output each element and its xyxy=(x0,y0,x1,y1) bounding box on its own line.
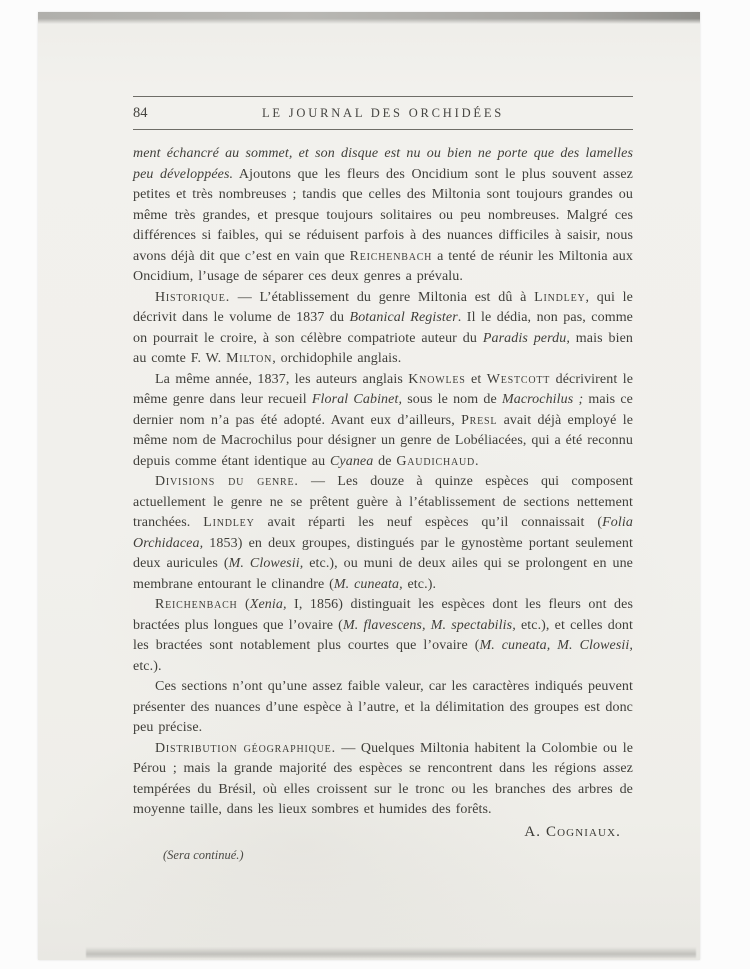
text-segment: Cyanea xyxy=(330,454,373,469)
article-body: ment échancré au sommet, et son disque e… xyxy=(133,144,633,821)
text-segment: Reichenbach xyxy=(155,597,238,612)
header-row: 84 LE JOURNAL DES ORCHIDÉES xyxy=(133,105,633,122)
page-content: 84 LE JOURNAL DES ORCHIDÉES ment échancr… xyxy=(133,96,633,863)
text-segment: La même année, 1837, les auteurs anglais xyxy=(155,372,408,387)
header-rule-bottom xyxy=(133,129,633,130)
text-segment: Botanical Register xyxy=(350,310,458,325)
page-number: 84 xyxy=(133,105,177,122)
continuation-note: (Sera continué.) xyxy=(163,848,633,863)
text-segment: ( xyxy=(238,597,250,612)
text-segment: Divisions du genre. xyxy=(155,474,299,489)
text-segment: Lindley xyxy=(203,515,254,530)
scan-background: 84 LE JOURNAL DES ORCHIDÉES ment échancr… xyxy=(0,0,750,969)
text-segment: Floral Cabinet, xyxy=(312,392,402,407)
paragraph-continuation: ment échancré au sommet, et son disque e… xyxy=(133,144,633,288)
paragraph-historique: Historique. — L’établissement du genre M… xyxy=(133,288,633,370)
page-top-edge-shadow xyxy=(38,12,700,24)
text-segment: Milton xyxy=(226,351,272,366)
paragraph-ces-sections: Ces sections n’ont qu’une assez faible v… xyxy=(133,677,633,739)
text-segment: M. cuneata, M. Clowesii, xyxy=(479,638,633,653)
text-segment: M. flavescens, M. spectabilis, xyxy=(343,618,516,633)
text-segment: etc.). xyxy=(403,577,436,592)
text-segment: etc.). xyxy=(133,659,162,674)
header-rule-top xyxy=(133,96,633,97)
paragraph-distribution-geographique: Distribution géographique. — Quelques Mi… xyxy=(133,739,633,821)
text-segment: Knowles xyxy=(408,372,465,387)
text-segment: . xyxy=(475,454,479,469)
text-segment: Reichenbach xyxy=(350,249,433,264)
author-signature: A. Cogniaux. xyxy=(133,824,633,841)
text-segment: Paradis perdu, xyxy=(483,331,570,346)
paragraph-meme-annee: La même année, 1837, les auteurs anglais… xyxy=(133,370,633,473)
text-segment: M. cuneata, xyxy=(334,577,403,592)
text-segment: Lindley xyxy=(534,290,585,305)
page-header: 84 LE JOURNAL DES ORCHIDÉES xyxy=(133,96,633,130)
text-segment: et xyxy=(466,372,487,387)
text-segment: Ces sections n’ont qu’une assez faible v… xyxy=(133,679,633,735)
text-segment: , orchidophile anglais. xyxy=(272,351,401,366)
journal-title: LE JOURNAL DES ORCHIDÉES xyxy=(177,106,589,121)
text-segment: Westcott xyxy=(487,372,551,387)
text-segment: M. Clowesii, xyxy=(229,556,304,571)
text-segment: Historique. xyxy=(155,290,230,305)
text-segment: sous le nom de xyxy=(402,392,502,407)
text-segment: — L’établissement du genre Miltonia est … xyxy=(230,290,534,305)
page-bottom-edge-shadow xyxy=(86,947,696,958)
text-segment: avait réparti les neuf espèces qu’il con… xyxy=(255,515,603,530)
text-segment: de xyxy=(373,454,396,469)
paragraph-reichenbach-xenia: Reichenbach (Xenia, I, 1856) distinguait… xyxy=(133,595,633,677)
text-segment: Xenia, xyxy=(250,597,287,612)
paragraph-divisions-du-genre: Divisions du genre. — Les douze à quinze… xyxy=(133,472,633,595)
text-segment: Macrochilus ; xyxy=(502,392,583,407)
text-segment: Distribution géographique. xyxy=(155,741,336,756)
text-segment: Presl xyxy=(461,413,497,428)
book-page: 84 LE JOURNAL DES ORCHIDÉES ment échancr… xyxy=(38,12,700,960)
text-segment: Gaudichaud xyxy=(396,454,475,469)
